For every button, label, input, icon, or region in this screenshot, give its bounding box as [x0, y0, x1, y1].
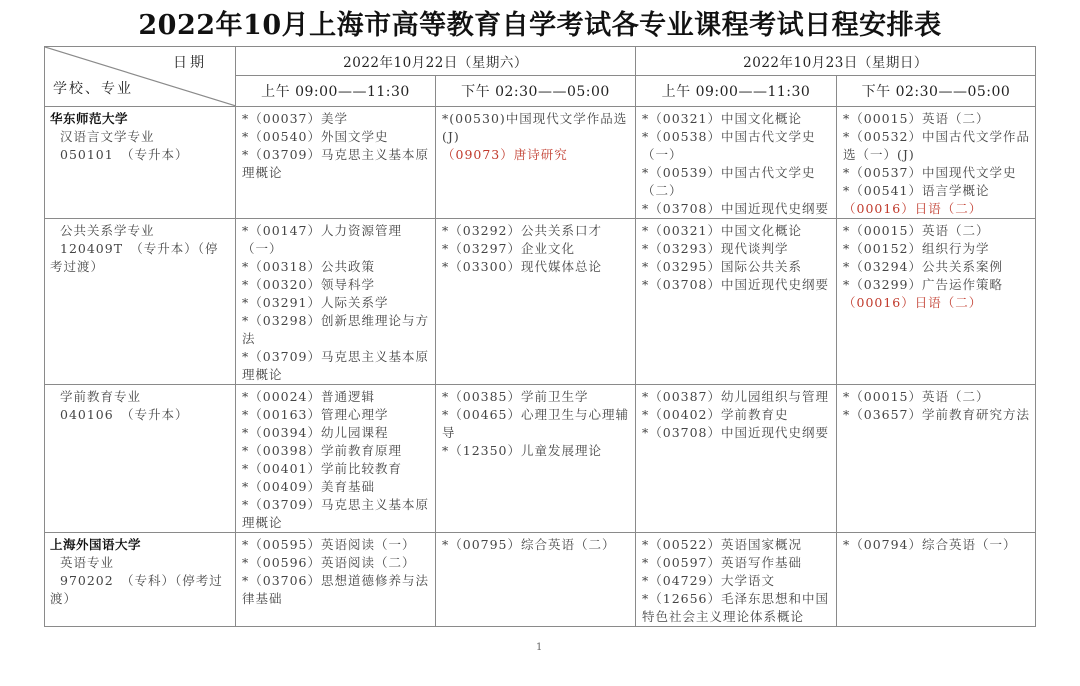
course-entry: *（03708）中国近现代史纲要	[642, 424, 832, 442]
major-cell: 华东师范大学汉语言文学专业050101 （专升本）	[45, 107, 236, 219]
major-code: 970202 （专科）（停考过渡）	[50, 573, 223, 606]
course-entry: *（00794）综合英语（一）	[843, 536, 1031, 554]
table-row: 上海外国语大学英语专业970202 （专科）（停考过渡）*（00595）英语阅读…	[45, 533, 1036, 627]
exam-slot-cell: *（00147）人力资源管理（一）*（00318）公共政策*（00320）领导科…	[236, 219, 436, 385]
exam-slot-cell: *(00530)中国现代文学作品选(J)（09073）唐诗研究	[436, 107, 636, 219]
major-code: 050101 （专升本）	[50, 147, 188, 162]
school-name: 华东师范大学	[50, 110, 231, 128]
exam-slot-cell: *（00321）中国文化概论*（00538）中国古代文学史（一）*（00539）…	[636, 107, 837, 219]
course-entry: *（00596）英语阅读（二）	[242, 554, 431, 572]
course-entry: *（03300）现代媒体总论	[442, 258, 631, 276]
course-entry: *（00532）中国古代文学作品选（一）(J)	[843, 128, 1031, 164]
exam-slot-cell: *（00015）英语（二）*（00152）组织行为学*（03294）公共关系案例…	[837, 219, 1036, 385]
exam-slot-cell: *（00321）中国文化概论*（03293）现代谈判学*（03295）国际公共关…	[636, 219, 837, 385]
time-slot-header: 下午 02:30——05:00	[837, 76, 1036, 107]
exam-slot-cell: *（03292）公共关系口才*（03297）企业文化*（03300）现代媒体总论	[436, 219, 636, 385]
course-entry: *(00530)中国现代文学作品选(J)	[442, 110, 631, 146]
course-entry: *（12656）毛泽东思想和中国特色社会主义理论体系概论	[642, 590, 832, 626]
course-entry: *（00321）中国文化概论	[642, 222, 832, 240]
course-entry: *（00539）中国古代文学史（二）	[642, 164, 832, 200]
exam-slot-cell: *（00024）普通逻辑*（00163）管理心理学*（00394）幼儿园课程*（…	[236, 385, 436, 533]
exam-slot-cell: *（00385）学前卫生学*（00465）心理卫生与心理辅导*（12350）儿童…	[436, 385, 636, 533]
course-entry: *（04729）大学语文	[642, 572, 832, 590]
course-entry: *（00401）学前比较教育	[242, 460, 431, 478]
school-name: 上海外国语大学	[50, 536, 231, 554]
exam-slot-cell: *（00037）美学*（00540）外国文学史*（03709）马克思主义基本原理…	[236, 107, 436, 219]
table-row: 公共关系学专业120409T （专升本）（停考过渡）*（00147）人力资源管理…	[45, 219, 1036, 385]
course-entry: *（03295）国际公共关系	[642, 258, 832, 276]
date-header-day2: 2022年10月23日（星期日）	[636, 47, 1036, 76]
exam-slot-cell: *（00015）英语（二）*（00532）中国古代文学作品选（一）(J)*（00…	[837, 107, 1036, 219]
course-entry: *（00320）领导科学	[242, 276, 431, 294]
course-entry: *（00409）美育基础	[242, 478, 431, 496]
exam-slot-cell: *（00794）综合英语（一）	[837, 533, 1036, 627]
page-title: 2022年10月上海市高等教育自学考试各专业课程考试日程安排表	[0, 8, 1080, 44]
exam-slot-cell: *（00595）英语阅读（一）*（00596）英语阅读（二）*（03706）思想…	[236, 533, 436, 627]
course-entry: *（03708）中国近现代史纲要	[642, 276, 832, 294]
course-entry: *（00024）普通逻辑	[242, 388, 431, 406]
course-entry: *（03293）现代谈判学	[642, 240, 832, 258]
course-entry: *（00321）中国文化概论	[642, 110, 832, 128]
major-name: 汉语言文学专业	[50, 128, 231, 146]
page-number: 1	[536, 642, 542, 653]
corner-school-label: 学校、专业	[53, 78, 133, 98]
exam-slot-cell: *（00522）英语国家概况*（00597）英语写作基础*（04729）大学语文…	[636, 533, 837, 627]
course-entry: *（00540）外国文学史	[242, 128, 431, 146]
schedule-body: 华东师范大学汉语言文学专业050101 （专升本）*（00037）美学*（005…	[45, 107, 1036, 627]
date-header-day1: 2022年10月22日（星期六）	[236, 47, 636, 76]
course-entry: *（00541）语言学概论	[843, 182, 1031, 200]
course-entry: *（00394）幼儿园课程	[242, 424, 431, 442]
course-entry: *（12350）儿童发展理论	[442, 442, 631, 460]
new-course-entry: （00016）日语（二）	[843, 294, 1031, 312]
course-entry: *（03298）创新思维理论与方法	[242, 312, 431, 348]
course-entry: *（00465）心理卫生与心理辅导	[442, 406, 631, 442]
major-name: 英语专业	[50, 554, 231, 572]
exam-schedule-table: 日期 学校、专业 2022年10月22日（星期六） 2022年10月23日（星期…	[44, 46, 1036, 627]
course-entry: *（00522）英语国家概况	[642, 536, 832, 554]
major-code: 120409T （专升本）（停考过渡）	[50, 241, 219, 274]
table-row: 华东师范大学汉语言文学专业050101 （专升本）*（00037）美学*（005…	[45, 107, 1036, 219]
course-entry: *（00597）英语写作基础	[642, 554, 832, 572]
course-entry: *（03299）广告运作策略	[843, 276, 1031, 294]
exam-slot-cell: *（00795）综合英语（二）	[436, 533, 636, 627]
course-entry: *（03291）人际关系学	[242, 294, 431, 312]
course-entry: *（03292）公共关系口才	[442, 222, 631, 240]
course-entry: *（03297）企业文化	[442, 240, 631, 258]
new-course-entry: （00016）日语（二）	[843, 200, 1031, 218]
course-entry: *（00163）管理心理学	[242, 406, 431, 424]
table-row: 学前教育专业040106 （专升本）*（00024）普通逻辑*（00163）管理…	[45, 385, 1036, 533]
course-entry: *（03709）马克思主义基本原理概论	[242, 146, 431, 182]
course-entry: *（00318）公共政策	[242, 258, 431, 276]
time-slot-header: 上午 09:00——11:30	[636, 76, 837, 107]
course-entry: *（03294）公共关系案例	[843, 258, 1031, 276]
major-code: 040106 （专升本）	[50, 407, 188, 422]
time-slot-header: 下午 02:30——05:00	[436, 76, 636, 107]
exam-slot-cell: *（00387）幼儿园组织与管理*（00402）学前教育史*（03708）中国近…	[636, 385, 837, 533]
time-slot-header: 上午 09:00——11:30	[236, 76, 436, 107]
course-entry: *（00147）人力资源管理（一）	[242, 222, 431, 258]
corner-header-cell: 日期 学校、专业	[45, 47, 236, 107]
course-entry: *（00595）英语阅读（一）	[242, 536, 431, 554]
major-cell: 公共关系学专业120409T （专升本）（停考过渡）	[45, 219, 236, 385]
major-cell: 上海外国语大学英语专业970202 （专科）（停考过渡）	[45, 533, 236, 627]
course-entry: *（00015）英语（二）	[843, 110, 1031, 128]
course-entry: *（00015）英语（二）	[843, 388, 1031, 406]
major-name: 公共关系学专业	[50, 222, 231, 240]
course-entry: *（00385）学前卫生学	[442, 388, 631, 406]
course-entry: *（00015）英语（二）	[843, 222, 1031, 240]
course-entry: *（00795）综合英语（二）	[442, 536, 631, 554]
course-entry: *（00398）学前教育原理	[242, 442, 431, 460]
course-entry: *（00538）中国古代文学史（一）	[642, 128, 832, 164]
course-entry: *（03709）马克思主义基本原理概论	[242, 348, 431, 384]
course-entry: *（00537）中国现代文学史	[843, 164, 1031, 182]
course-entry: *（00402）学前教育史	[642, 406, 832, 424]
new-course-entry: （09073）唐诗研究	[442, 146, 631, 164]
course-entry: *（03709）马克思主义基本原理概论	[242, 496, 431, 532]
course-entry: *（03657）学前教育研究方法	[843, 406, 1031, 424]
major-name: 学前教育专业	[50, 388, 231, 406]
course-entry: *（03706）思想道德修养与法律基础	[242, 572, 431, 608]
corner-date-label: 日期	[173, 52, 207, 72]
course-entry: *（00037）美学	[242, 110, 431, 128]
course-entry: *（00387）幼儿园组织与管理	[642, 388, 832, 406]
exam-slot-cell: *（00015）英语（二）*（03657）学前教育研究方法	[837, 385, 1036, 533]
major-cell: 学前教育专业040106 （专升本）	[45, 385, 236, 533]
course-entry: *（00152）组织行为学	[843, 240, 1031, 258]
course-entry: *（03708）中国近现代史纲要	[642, 200, 832, 218]
